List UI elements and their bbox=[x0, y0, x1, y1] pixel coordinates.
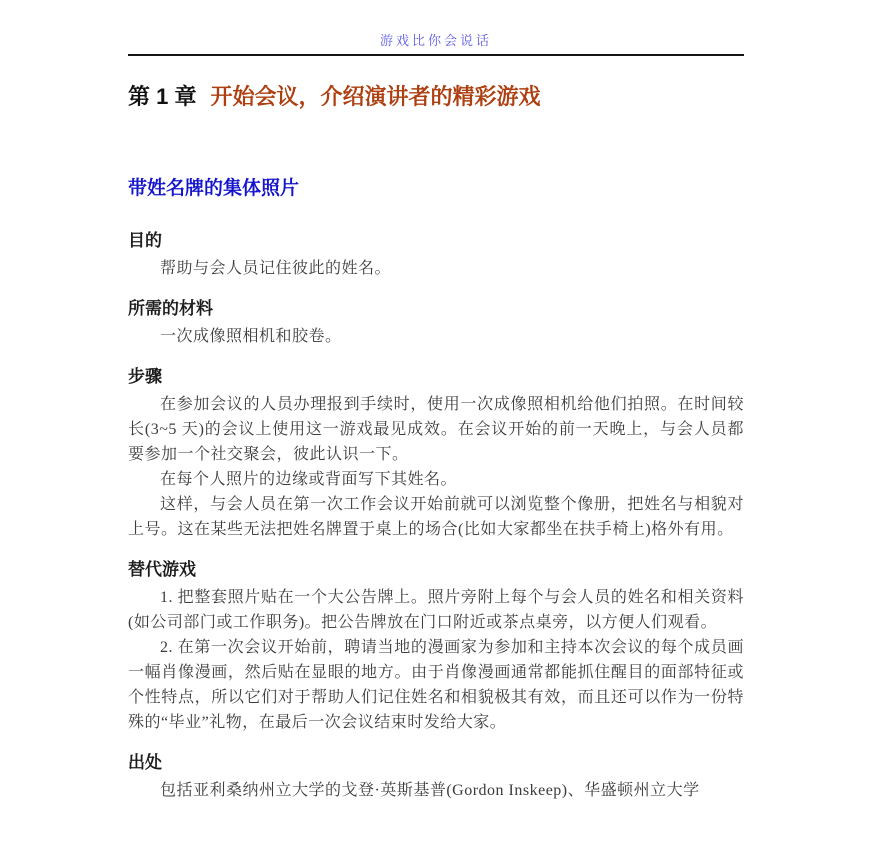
heading-alternative-games: 替代游戏 bbox=[128, 555, 744, 580]
chapter-number: 第 1 章 bbox=[128, 84, 196, 109]
chapter-heading: 第 1 章开始会议，介绍演讲者的精彩游戏 bbox=[128, 80, 744, 111]
paragraph: 这样，与会人员在第一次工作会议开始前就可以浏览整个像册，把姓名与相貌对上号。这在… bbox=[128, 492, 744, 542]
page-content: 游戏比你会说话 第 1 章开始会议，介绍演讲者的精彩游戏 带姓名牌的集体照片 目… bbox=[128, 0, 744, 803]
heading-steps: 步骤 bbox=[128, 362, 744, 387]
paragraph: 帮助与会人员记住彼此的姓名。 bbox=[128, 256, 744, 281]
heading-materials: 所需的材料 bbox=[128, 294, 744, 319]
paragraph: 在每个人照片的边缘或背面写下其姓名。 bbox=[128, 467, 744, 492]
paragraph: 一次成像照相机和胶卷。 bbox=[128, 324, 744, 349]
heading-source: 出处 bbox=[128, 748, 744, 773]
paragraph: 在参加会议的人员办理报到手续时，使用一次成像照相机给他们拍照。在时间较长(3~5… bbox=[128, 392, 744, 467]
numbered-paragraph: 1. 把整套照片贴在一个大公告牌上。照片旁附上每个与会人员的姓名和相关资料(如公… bbox=[128, 585, 744, 635]
section-title: 带姓名牌的集体照片 bbox=[128, 173, 744, 200]
paragraph: 包括亚利桑纳州立大学的戈登·英斯基普(Gordon Inskeep)、华盛顿州立… bbox=[128, 778, 744, 803]
chapter-title: 开始会议，介绍演讲者的精彩游戏 bbox=[210, 84, 540, 109]
header-rule bbox=[128, 54, 744, 56]
numbered-paragraph: 2. 在第一次会议开始前，聘请当地的漫画家为参加和主持本次会议的每个成员画一幅肖… bbox=[128, 635, 744, 735]
heading-objective: 目的 bbox=[128, 226, 744, 251]
running-title: 游戏比你会说话 bbox=[128, 0, 744, 49]
book-page: 游戏比你会说话 第 1 章开始会议，介绍演讲者的精彩游戏 带姓名牌的集体照片 目… bbox=[0, 0, 870, 842]
